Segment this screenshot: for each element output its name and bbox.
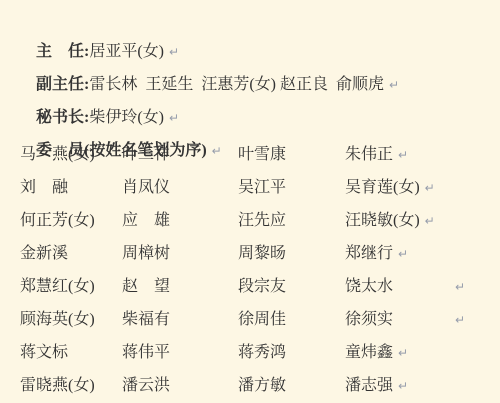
member-name: 叶雪康 bbox=[238, 138, 345, 171]
paragraph-mark-icon: ↵ bbox=[169, 45, 179, 59]
member-name: 饶太水 bbox=[345, 270, 393, 303]
member-name: 何正芳(女) bbox=[20, 204, 122, 237]
member-name: 童炜鑫 bbox=[345, 336, 393, 369]
member-name: 蒋文标 bbox=[20, 336, 122, 369]
member-name: 叶三祥 bbox=[122, 138, 238, 171]
member-grid: 马 燕(女)叶三祥叶雪康朱伟正↵刘 融肖凤仪吴江平吴育莲(女)↵何正芳(女)应 … bbox=[20, 138, 500, 402]
paragraph-mark-icon: ↵ bbox=[389, 78, 399, 92]
member-name: 马 燕(女) bbox=[20, 138, 122, 171]
member-name: 肖凤仪 bbox=[122, 171, 238, 204]
paragraph-mark-icon: ↵ bbox=[398, 370, 408, 403]
member-row: 雷晓燕(女)潘云洪潘方敏潘志强↵ bbox=[20, 369, 500, 402]
paragraph-mark-icon: ↵ bbox=[398, 238, 408, 271]
paragraph-mark-icon: ↵ bbox=[425, 172, 435, 205]
paragraph-mark-icon: ↵ bbox=[455, 271, 465, 304]
member-name: 蒋伟平 bbox=[122, 336, 238, 369]
member-name: 郑慧红(女) bbox=[20, 270, 122, 303]
chairman-line: 主 任:居亚平(女)↵ bbox=[20, 2, 500, 35]
member-name: 徐周佳 bbox=[238, 303, 345, 336]
vice-chairmen-role-label: 副主任: bbox=[36, 76, 89, 93]
member-name: 周樟树 bbox=[122, 237, 238, 270]
member-name: 赵 望 bbox=[122, 270, 238, 303]
paragraph-mark-icon: ↵ bbox=[398, 139, 408, 172]
document-page: { "page": { "background": "#fdf7e4", "te… bbox=[0, 0, 500, 403]
member-row: 马 燕(女)叶三祥叶雪康朱伟正↵ bbox=[20, 138, 500, 171]
paragraph-mark-icon: ↵ bbox=[398, 337, 408, 370]
member-name: 顾海英(女) bbox=[20, 303, 122, 336]
member-name: 朱伟正 bbox=[345, 138, 393, 171]
member-name: 雷晓燕(女) bbox=[20, 369, 122, 402]
committee-roster-document: 主 任:居亚平(女)↵ 副主任:雷长林 王延生 汪惠芳(女) 赵正良 俞顺虎↵ … bbox=[0, 0, 500, 402]
member-name: 柴福有 bbox=[122, 303, 238, 336]
member-name: 汪先应 bbox=[238, 204, 345, 237]
chairman-role-label: 主 任: bbox=[36, 43, 89, 60]
member-row: 金新溪周樟树周黎旸郑继行↵ bbox=[20, 237, 500, 270]
member-row: 郑慧红(女)赵 望段宗友饶太水↵ bbox=[20, 270, 500, 303]
member-name: 周黎旸 bbox=[238, 237, 345, 270]
member-name: 徐须实 bbox=[345, 303, 393, 336]
member-row: 刘 融肖凤仪吴江平吴育莲(女)↵ bbox=[20, 171, 500, 204]
member-name: 应 雄 bbox=[122, 204, 238, 237]
member-name: 吴江平 bbox=[238, 171, 345, 204]
member-name: 郑继行 bbox=[345, 237, 393, 270]
member-name: 吴育莲(女) bbox=[345, 171, 420, 204]
member-row: 何正芳(女)应 雄汪先应汪晓敏(女)↵ bbox=[20, 204, 500, 237]
secretary-general-name: 柴伊玲(女) bbox=[89, 109, 164, 126]
vice-chairmen-names: 雷长林 王延生 汪惠芳(女) 赵正良 俞顺虎 bbox=[89, 76, 384, 93]
member-name: 段宗友 bbox=[238, 270, 345, 303]
member-name: 潘志强 bbox=[345, 369, 393, 402]
member-name: 潘方敏 bbox=[238, 369, 345, 402]
member-name: 刘 融 bbox=[20, 171, 122, 204]
member-name: 金新溪 bbox=[20, 237, 122, 270]
paragraph-mark-icon: ↵ bbox=[425, 205, 435, 238]
member-row: 顾海英(女)柴福有徐周佳徐须实↵ bbox=[20, 303, 500, 336]
member-name: 汪晓敏(女) bbox=[345, 204, 420, 237]
secretary-general-role-label: 秘书长: bbox=[36, 109, 89, 126]
paragraph-mark-icon: ↵ bbox=[169, 111, 179, 125]
member-name: 潘云洪 bbox=[122, 369, 238, 402]
member-name: 蒋秀鸿 bbox=[238, 336, 345, 369]
member-row: 蒋文标蒋伟平蒋秀鸿童炜鑫↵ bbox=[20, 336, 500, 369]
paragraph-mark-icon: ↵ bbox=[455, 304, 465, 337]
chairman-name: 居亚平(女) bbox=[89, 43, 164, 60]
